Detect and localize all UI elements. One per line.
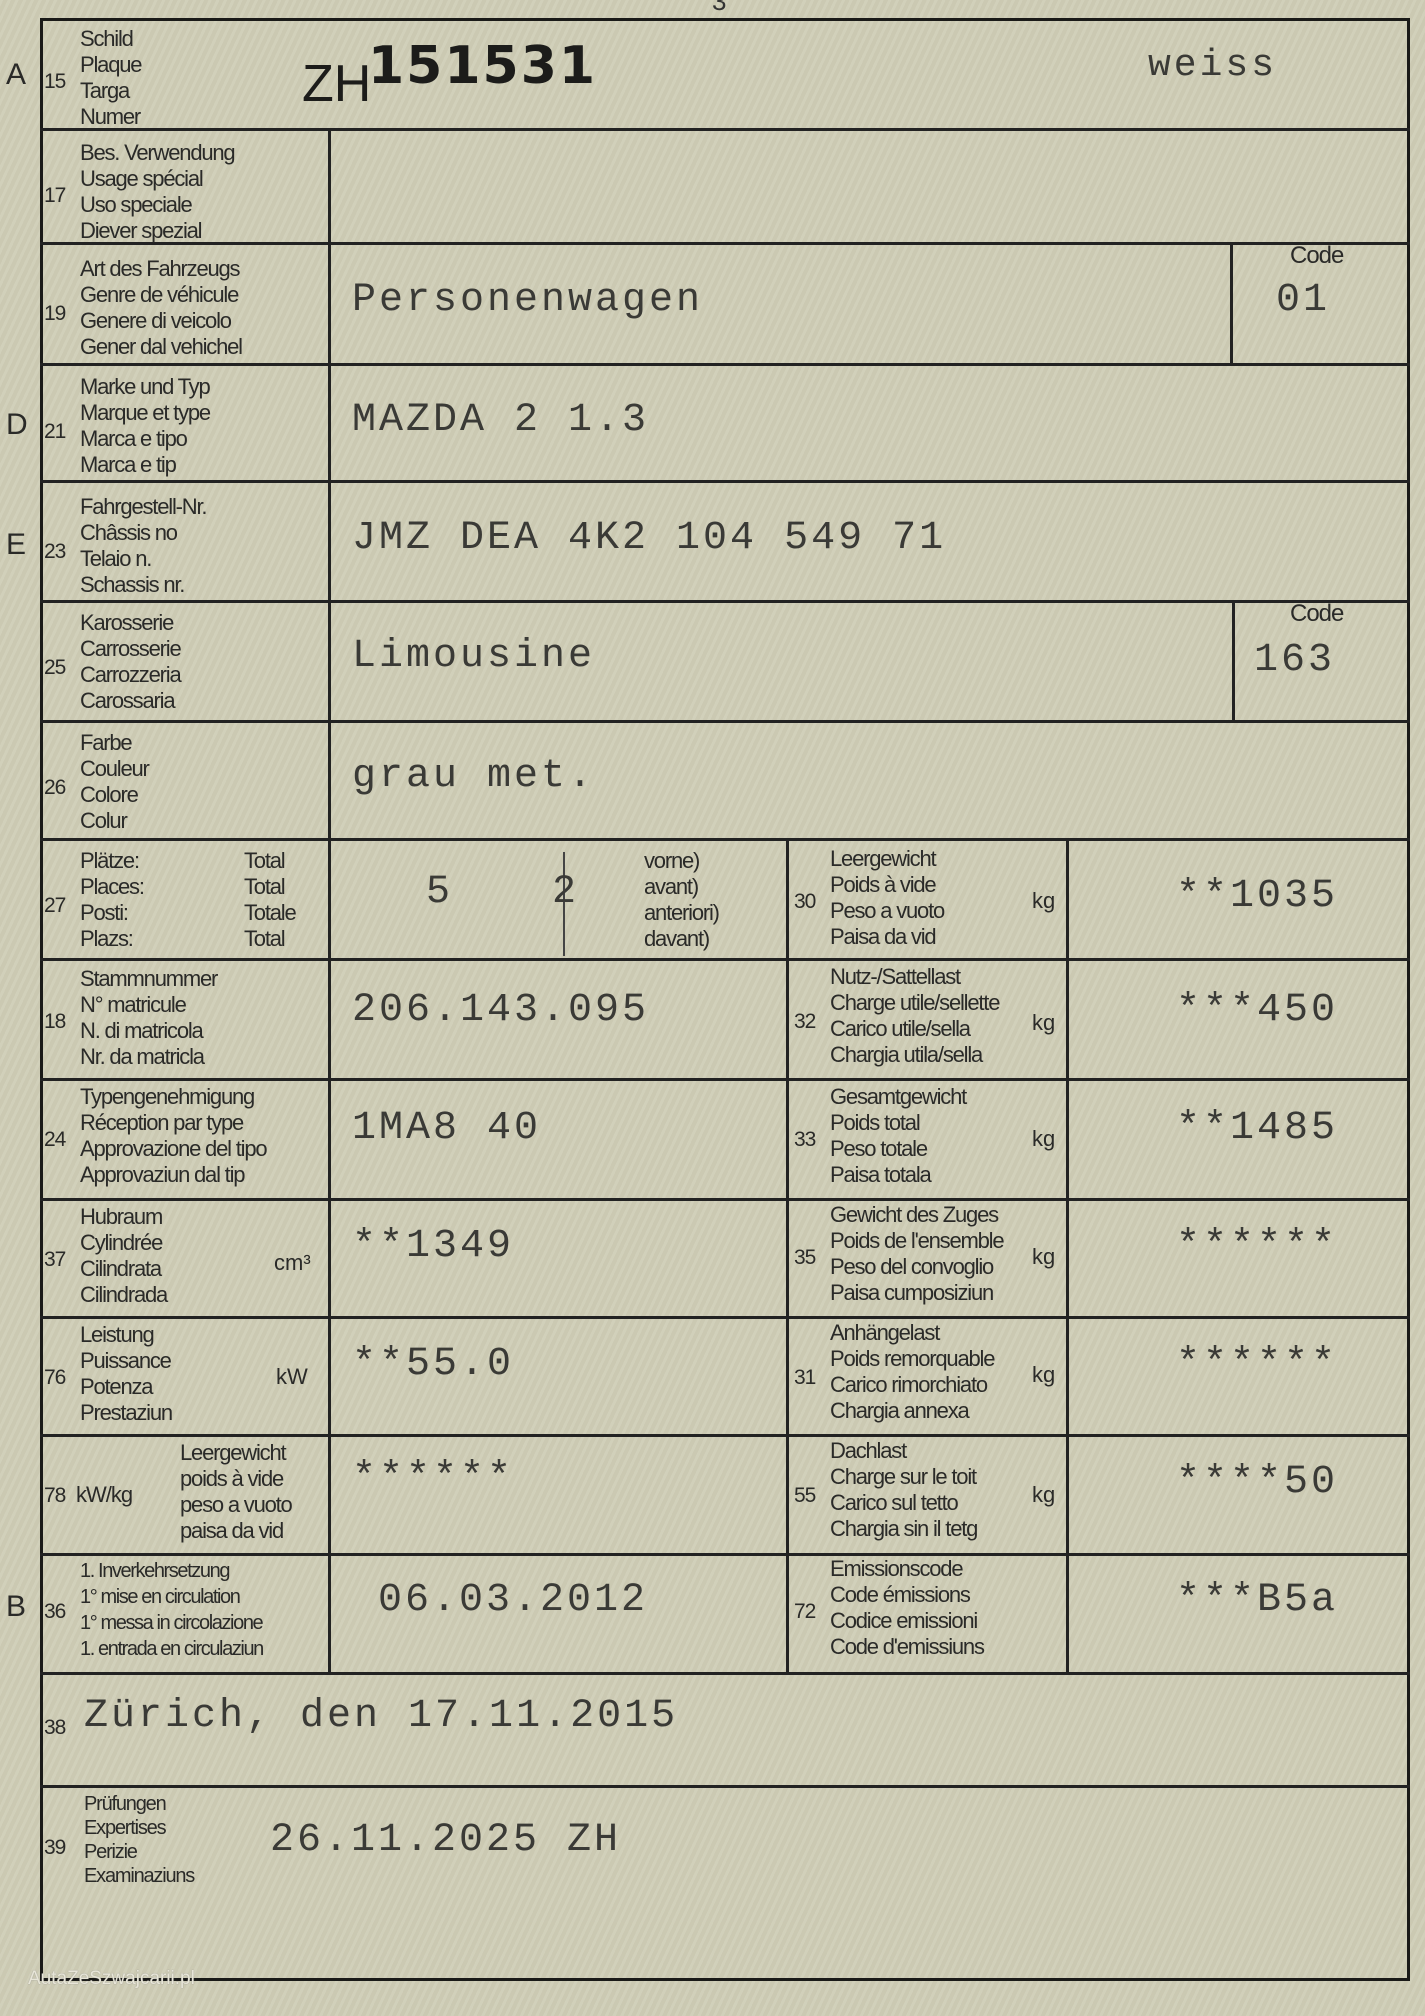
field-23-label: Fahrgestell-Nr.Châssis noTelaio n.Schass… — [80, 494, 206, 598]
field-number: 35 — [794, 1246, 815, 1270]
chassis-number-value: JMZ DEA 4K2 104 549 71 — [352, 516, 946, 561]
row-divider — [40, 1672, 1410, 1675]
unit-kg: kg — [1032, 1244, 1055, 1270]
field-number: 78 — [44, 1484, 65, 1508]
displacement-value: **1349 — [352, 1224, 514, 1269]
field-32-label: Nutz-/SattellastCharge utile/selletteCar… — [830, 964, 999, 1068]
field-number: 17 — [44, 184, 65, 208]
payload-value: ***450 — [1176, 988, 1338, 1033]
unit-kg: kg — [1032, 1482, 1055, 1508]
field-number: 27 — [44, 894, 65, 918]
field-31-label: AnhängelastPoids remorquableCarico rimor… — [830, 1320, 994, 1424]
column-divider — [1066, 838, 1069, 1673]
side-letter-e: E — [6, 528, 26, 562]
field-number: 19 — [44, 302, 65, 326]
field-number: 36 — [44, 1600, 65, 1624]
body-type-value: Limousine — [352, 634, 595, 679]
field-19-label: Art des FahrzeugsGenre de véhiculeGenere… — [80, 256, 242, 360]
field-24-label: TypengenehmigungRéception par typeApprov… — [80, 1084, 266, 1188]
row-divider — [40, 242, 1410, 245]
make-model-value: MAZDA 2 1.3 — [352, 398, 649, 443]
field-number: 76 — [44, 1366, 65, 1390]
field-72-label: EmissionscodeCode émissionsCodice emissi… — [830, 1556, 984, 1660]
type-approval-value: 1MA8 40 — [352, 1106, 541, 1151]
field-number: 32 — [794, 1010, 815, 1034]
unit-kw: kW — [276, 1364, 308, 1390]
side-letter-a: A — [6, 58, 26, 92]
row-divider — [40, 720, 1410, 723]
field-number: 25 — [44, 656, 65, 680]
field-number: 15 — [44, 70, 65, 94]
watermark: AutaZeSzwajcarii.pl — [28, 1968, 195, 1990]
body-type-code: 163 — [1254, 638, 1335, 683]
field-37-label: HubraumCylindréeCilindrataCilindrada — [80, 1204, 167, 1308]
field-number: 23 — [44, 540, 65, 564]
vehicle-type-code: 01 — [1276, 278, 1330, 323]
field-number: 31 — [794, 1366, 815, 1390]
code-divider — [1232, 600, 1235, 720]
train-weight-value: ****** — [1176, 1224, 1338, 1269]
field-76-label: LeistungPuissancePotenzaPrestaziun — [80, 1322, 172, 1426]
plate-color-value: weiss — [1148, 44, 1277, 87]
field-27-front-label: vorne)avant)anteriori)davant) — [644, 848, 719, 952]
field-number: 24 — [44, 1128, 65, 1152]
plate-canton: ZH — [302, 54, 371, 114]
page-marker: 3 — [712, 0, 726, 17]
empty-weight-value: **1035 — [1176, 874, 1338, 919]
power-value: **55.0 — [352, 1342, 514, 1387]
row-divider — [40, 1785, 1410, 1788]
power-to-weight-value: ****** — [352, 1456, 514, 1501]
column-divider — [786, 838, 789, 1673]
field-15-label: SchildPlaqueTargaNumer — [80, 26, 141, 130]
trailer-load-value: ****** — [1176, 1342, 1338, 1387]
master-number-value: 206.143.095 — [352, 988, 649, 1033]
field-78-unit: kW/kg — [76, 1482, 132, 1508]
field-number: 37 — [44, 1248, 65, 1272]
field-27-label: Plätze:Places:Posti:Plazs: — [80, 848, 144, 952]
emissions-code-value: ***B5a — [1176, 1578, 1338, 1623]
row-divider — [40, 1198, 1410, 1201]
field-36-label: 1. Inverkehrsetzung1° mise en circulatio… — [80, 1558, 263, 1662]
field-27-total-label: TotalTotalTotaleTotal — [244, 848, 296, 952]
column-divider — [328, 128, 331, 1673]
unit-kg: kg — [1032, 1126, 1055, 1152]
row-divider — [40, 958, 1410, 961]
field-18-label: StammnummerN° matriculeN. di matricolaNr… — [80, 966, 217, 1070]
field-78-label: Leergewichtpoids à videpeso a vuotopaisa… — [180, 1440, 292, 1544]
field-26-label: FarbeCouleurColoreColur — [80, 730, 149, 834]
unit-kg: kg — [1032, 1362, 1055, 1388]
side-letter-b: B — [6, 1590, 26, 1624]
row-divider — [40, 128, 1410, 131]
seats-total-value: 5 — [426, 870, 453, 915]
field-30-label: LeergewichtPoids à videPeso a vuotoPaisa… — [830, 846, 944, 950]
code-label: Code — [1290, 242, 1343, 270]
field-number: 33 — [794, 1128, 815, 1152]
plate-number: 151531 — [368, 36, 597, 96]
unit-kg: kg — [1032, 1010, 1055, 1036]
row-divider — [40, 363, 1410, 366]
field-39-label: PrüfungenExpertisesPerizieExaminaziuns — [84, 1792, 194, 1888]
field-35-label: Gewicht des ZugesPoids de l'ensemblePeso… — [830, 1202, 1003, 1306]
row-divider — [40, 480, 1410, 483]
row-divider — [40, 600, 1410, 603]
field-number: 18 — [44, 1010, 65, 1034]
field-number: 72 — [794, 1600, 815, 1624]
field-number: 21 — [44, 420, 65, 444]
row-divider — [40, 1316, 1410, 1319]
field-number: 39 — [44, 1836, 65, 1860]
unit-cm3: cm³ — [274, 1250, 311, 1276]
field-number: 55 — [794, 1484, 815, 1508]
vehicle-type-value: Personenwagen — [352, 278, 703, 323]
row-divider — [40, 1078, 1410, 1081]
row-divider — [40, 838, 1410, 841]
row-divider — [40, 1553, 1410, 1556]
field-17-label: Bes. VerwendungUsage spécialUso speciale… — [80, 140, 234, 244]
issue-place-date-value: Zürich, den 17.11.2015 — [84, 1694, 678, 1739]
code-label: Code — [1290, 600, 1343, 628]
row-divider — [40, 1434, 1410, 1437]
field-25-label: KarosserieCarrosserieCarrozzeriaCarossar… — [80, 610, 181, 714]
field-number: 30 — [794, 890, 815, 914]
code-divider — [1230, 242, 1233, 363]
field-55-label: DachlastCharge sur le toitCarico sul tet… — [830, 1438, 977, 1542]
total-weight-value: **1485 — [1176, 1106, 1338, 1151]
roof-load-value: ****50 — [1176, 1460, 1338, 1505]
seats-front-value: 2 — [552, 870, 579, 915]
field-33-label: GesamtgewichtPoids totalPeso totalePaisa… — [830, 1084, 966, 1188]
color-value: grau met. — [352, 754, 595, 799]
first-registration-value: 06.03.2012 — [378, 1578, 648, 1623]
inspection-value: 26.11.2025 ZH — [270, 1818, 621, 1863]
field-21-label: Marke und TypMarque et typeMarca e tipoM… — [80, 374, 210, 478]
unit-kg: kg — [1032, 888, 1055, 914]
field-number: 38 — [44, 1716, 65, 1740]
field-number: 26 — [44, 776, 65, 800]
side-letter-d: D — [6, 408, 28, 442]
